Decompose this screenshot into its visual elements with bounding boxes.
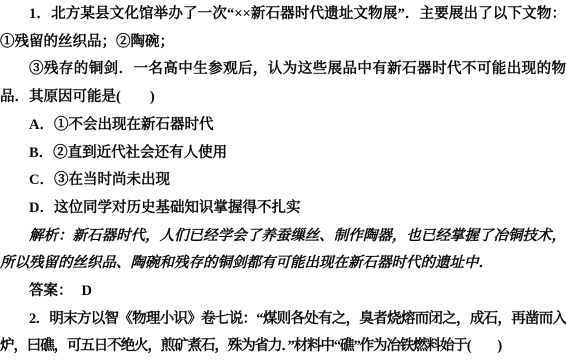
question2-stem: 2．明末方以智《物理小识》卷七说：“煤则各处有之，臭者烧熔而闭之，成石，再凿而入… [0,306,566,361]
question1-option-d: D．这位同学对历史基础知识掌握得不扎实 [0,195,566,223]
question1-stem-part1: 1．北方某县文化馆举办了一次“××新石器时代遗址文物展”．主要展出了以下文物：①… [0,1,566,56]
question1-stem-part2: ③残存的铜剑．一名高中生参观后，认为这些展品中有新石器时代不可能出现的物品．其原… [0,56,566,111]
question1-option-b: B．②直到近代社会还有人使用 [0,140,566,168]
analysis-label: 解析： [29,228,73,244]
analysis-text: 新石器时代，人们已经学会了养蚕缫丝、制作陶器，也已经掌握了冶铜技术，所以残留的丝… [0,228,566,272]
question1-option-a: A．①不会出现在新石器时代 [0,112,566,140]
exercise-page: 1．北方某县文化馆举办了一次“××新石器时代遗址文物展”．主要展出了以下文物：①… [0,0,566,362]
answer-label: 答案： [29,283,73,299]
question1-analysis: 解析：新石器时代，人们已经学会了养蚕缫丝、制作陶器，也已经掌握了冶铜技术，所以残… [0,223,566,278]
answer-value: D [82,283,92,299]
question1-answer: 答案：D [0,278,566,306]
question1-option-c: C．③在当时尚未出现 [0,167,566,195]
